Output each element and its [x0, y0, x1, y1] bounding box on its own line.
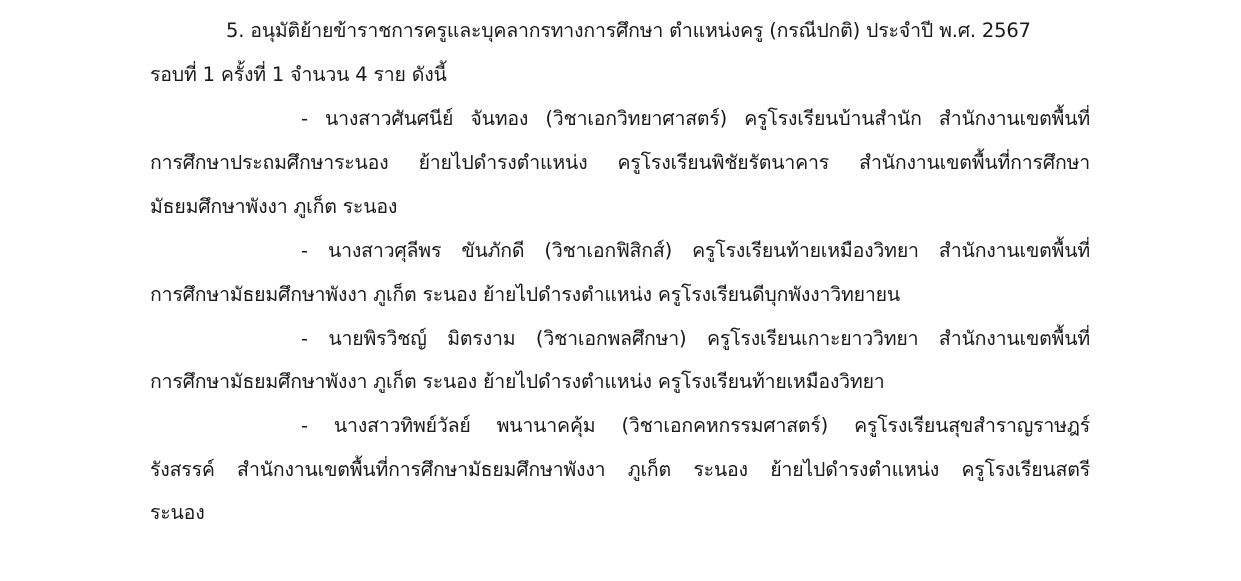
document-page: 5. อนุมัติย้ายข้าราชการครูและบุคลากรทางก…: [0, 0, 1241, 581]
entry-line: การศึกษาประถมศึกษาระนอง ย้ายไปดำรงตำแหน่…: [150, 149, 1090, 177]
item-heading-line-1: 5. อนุมัติย้ายข้าราชการครูและบุคลากรทางก…: [226, 17, 1031, 45]
entry-line: รังสรรค์ สำนักงานเขตพื้นที่การศึกษามัธยม…: [150, 456, 1090, 484]
entry-line: - นายพิรวิชญ์ มิตรงาม (วิชาเอกพลศึกษา) ค…: [301, 325, 1090, 353]
entry-line: การศึกษามัธยมศึกษาพังงา ภูเก็ต ระนอง ย้า…: [150, 281, 900, 309]
entry-line: มัธยมศึกษาพังงา ภูเก็ต ระนอง: [150, 193, 397, 221]
entry-line: ระนอง: [150, 499, 205, 527]
entry-line: - นางสาวทิพย์วัลย์ พนานาคคุ้ม (วิชาเอกคห…: [301, 412, 1090, 440]
item-heading-line-2: รอบที่ 1 ครั้งที่ 1 จำนวน 4 ราย ดังนี้: [150, 61, 447, 89]
entry-line: - นางสาวศันศนีย์ จันทอง (วิชาเอกวิทยาศาส…: [301, 105, 1090, 133]
entry-line: - นางสาวศุลีพร ขันภักดี (วิชาเอกฟิสิกส์)…: [301, 237, 1090, 265]
entry-line: การศึกษามัธยมศึกษาพังงา ภูเก็ต ระนอง ย้า…: [150, 368, 885, 396]
